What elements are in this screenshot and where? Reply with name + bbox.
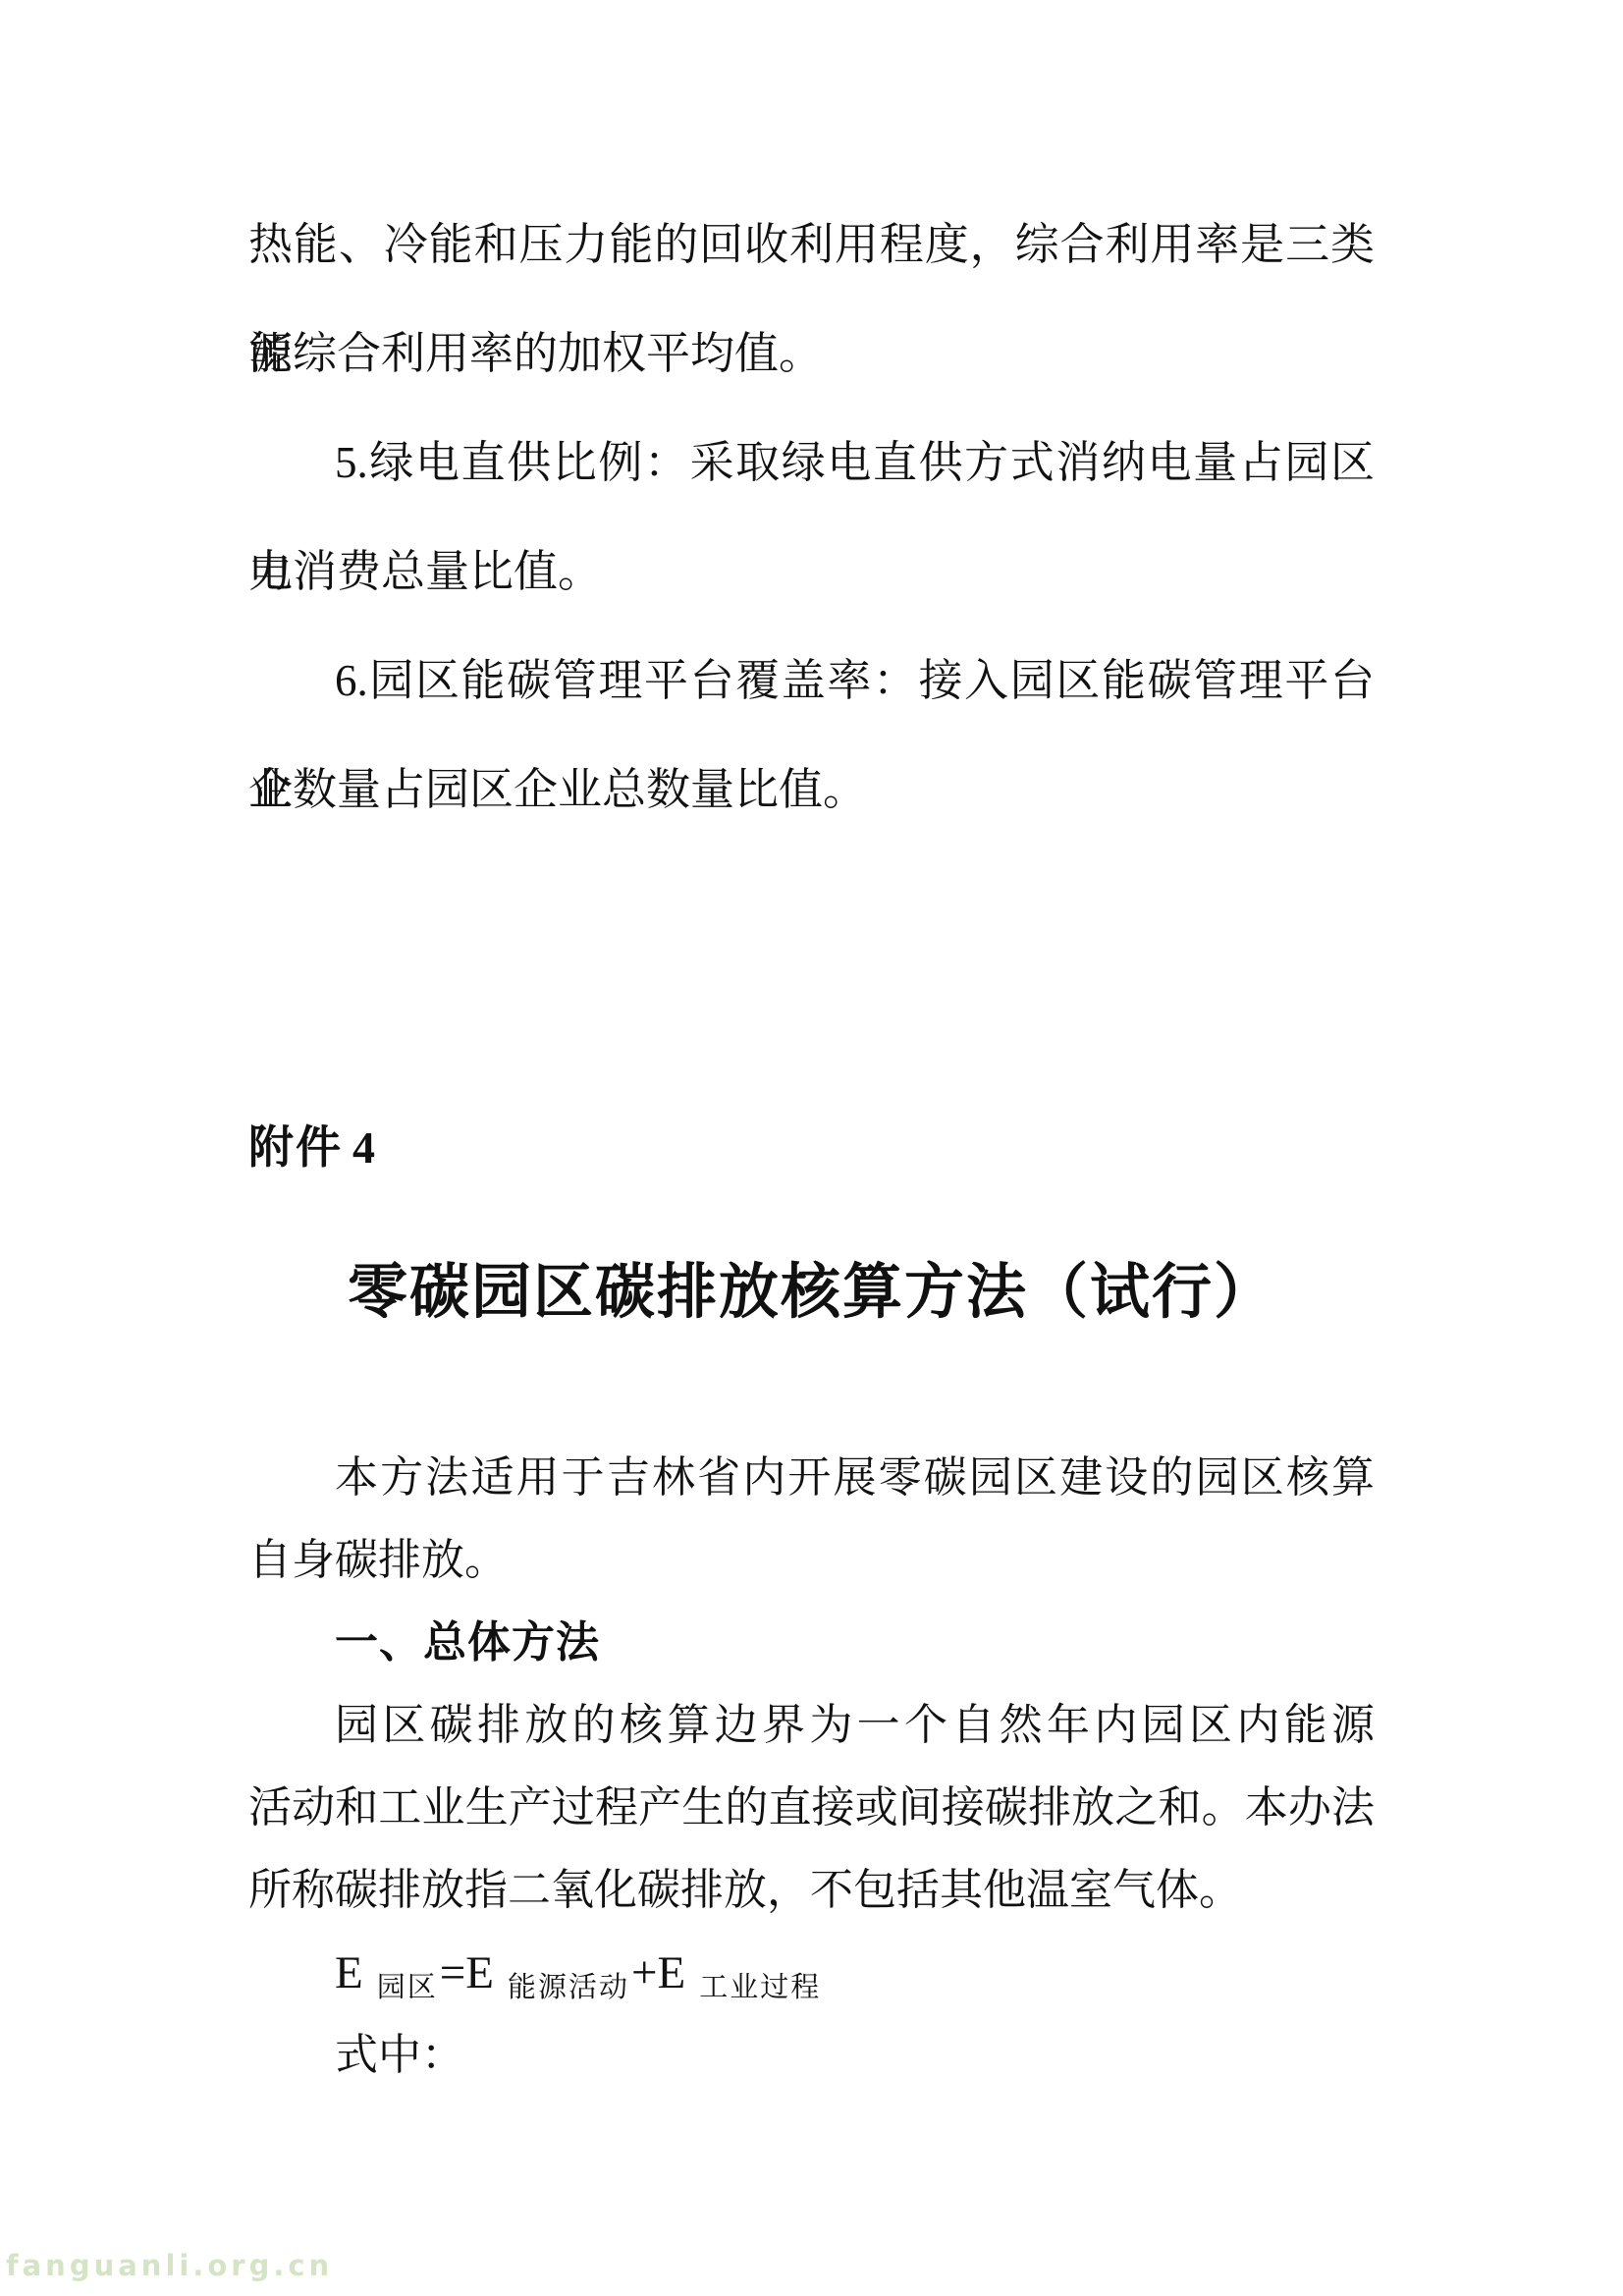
formula-subscript: 能源活动 [508, 1972, 629, 2003]
site-watermark: fanguanli.org.cn [6, 2249, 333, 2282]
emissions-formula: E园区=E能源活动+E工业过程 [248, 1932, 1375, 2014]
document-body: 本方法适用于吉林省内开展零碳园区建设的园区核算 自身碳排放。 一、总体方法 园区… [248, 1437, 1375, 2097]
paragraph-line: 热能、冷能和压力能的回收利用程度，综合利用率是三类能 [248, 191, 1375, 300]
formula-term: +E [631, 1947, 685, 1998]
paragraph-line: 源综合利用率的加权平均值。 [248, 300, 1375, 409]
formula-subscript: 园区 [377, 1972, 438, 2003]
attachment-number: 4 [352, 1122, 375, 1173]
paragraph-line: 业数量占园区企业总数量比值。 [248, 736, 1375, 845]
previous-section-text: 热能、冷能和压力能的回收利用程度，综合利用率是三类能 源综合利用率的加权平均值。… [248, 191, 1375, 845]
paragraph-line: 活动和工业生产过程产生的直接或间接碳排放之和。本办法 [248, 1767, 1375, 1849]
formula-note: 式中： [248, 2014, 1375, 2097]
intro-line: 自身碳排放。 [248, 1519, 1375, 1602]
paragraph-line: 园区碳排放的核算边界为一个自然年内园区内能源 [248, 1684, 1375, 1767]
attachment-prefix: 附件 [248, 1121, 343, 1173]
paragraph-line: 所称碳排放指二氧化碳排放，不包括其他温室气体。 [248, 1849, 1375, 1932]
formula-term: =E [440, 1947, 494, 1998]
intro-line: 本方法适用于吉林省内开展零碳园区建设的园区核算 [248, 1437, 1375, 1519]
paragraph-line: 力消费总量比值。 [248, 518, 1375, 627]
paragraph-line: 5.绿电直供比例：采取绿电直供方式消纳电量占园区电 [248, 409, 1375, 518]
document-page: 热能、冷能和压力能的回收利用程度，综合利用率是三类能 源综合利用率的加权平均值。… [0, 0, 1623, 2296]
section-heading: 一、总体方法 [248, 1602, 1375, 1684]
formula-subscript: 工业过程 [699, 1972, 821, 2003]
attachment-label: 附件4 [248, 1122, 375, 1174]
document-title: 零碳园区碳排放核算方法（试行） [0, 1260, 1623, 1326]
paragraph-line: 6.园区能碳管理平台覆盖率：接入园区能碳管理平台企 [248, 627, 1375, 736]
formula-term: E [335, 1947, 363, 1998]
